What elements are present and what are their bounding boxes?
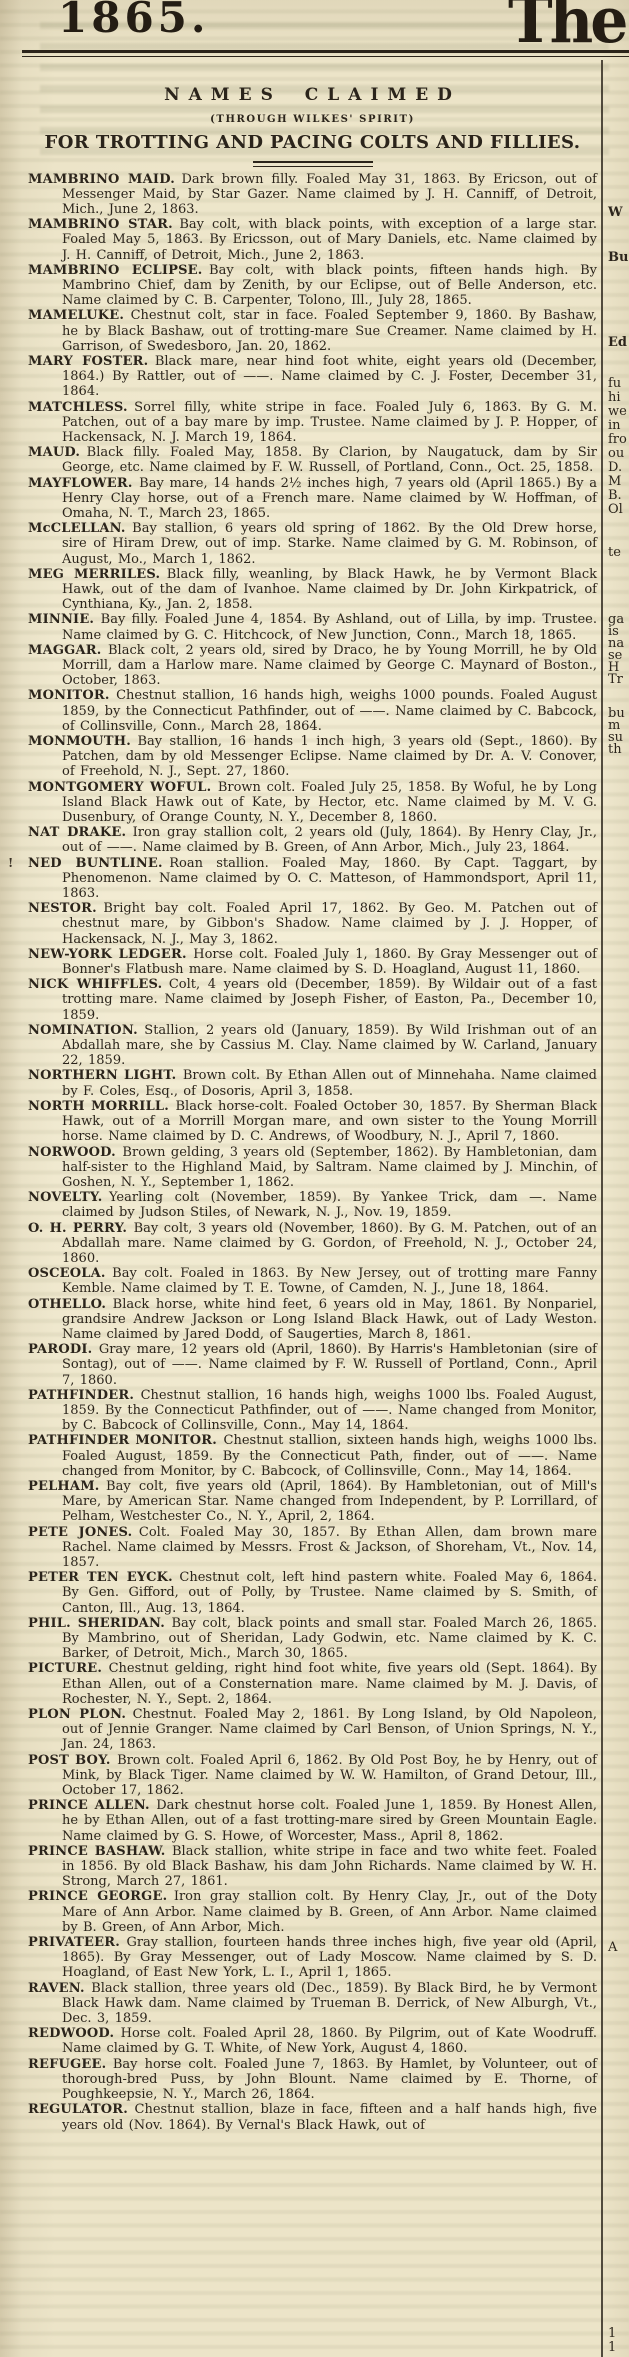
entry-horse-name: MAGGAR. xyxy=(28,643,102,658)
entry-text: Bay colt. Foaled in 1863. By New Jersey,… xyxy=(62,1266,597,1296)
column-fragment: we xyxy=(608,404,627,419)
entry: NORWOOD. Brown gelding, 3 years old (Sep… xyxy=(28,1145,597,1191)
column-fragment: Ol xyxy=(608,502,623,517)
entry-horse-name: PRINCE ALLEN. xyxy=(28,1798,150,1813)
entry-text: Black filly. Foaled May, 1858. By Clario… xyxy=(62,445,597,475)
column-fragment: A xyxy=(608,1940,617,1955)
entry: PELHAM. Bay colt, five years old (April,… xyxy=(28,1479,597,1525)
entry-horse-name: MAYFLOWER. xyxy=(28,476,133,491)
entry-text: Horse colt. Foaled April 28, 1860. By Pi… xyxy=(62,2026,597,2056)
entry-horse-name: NORWOOD. xyxy=(28,1145,116,1160)
entry-horse-name: PETER TEN EYCK. xyxy=(28,1570,173,1585)
entry: POST BOY. Brown colt. Foaled April 6, 18… xyxy=(28,1753,597,1799)
entry: NEW-YORK LEDGER. Horse colt. Foaled July… xyxy=(28,947,597,977)
entry-text: Bay colt, five years old (April, 1864). … xyxy=(62,1479,597,1524)
entry: PARODI. Gray mare, 12 years old (April, … xyxy=(28,1342,597,1388)
entry-horse-name: REFUGEE. xyxy=(28,2057,106,2072)
column-fragment: fro xyxy=(608,432,627,447)
entry: OTHELLO. Black horse, white hind feet, 6… xyxy=(28,1297,597,1343)
newspaper-page: 1865. The A NAMES CLAIMED (THROUGH WILKE… xyxy=(0,0,629,2357)
entry: McCLELLAN. Bay stallion, 6 years old spr… xyxy=(28,521,597,567)
column-fragment: D. xyxy=(608,460,622,475)
entry-horse-name: OTHELLO. xyxy=(28,1297,106,1312)
entry-horse-name: MATCHLESS. xyxy=(28,400,128,415)
entry-text: Black colt, 2 years old, sired by Draco,… xyxy=(62,643,597,688)
entry-horse-name: MONITOR. xyxy=(28,688,110,703)
entry-horse-name: PRINCE GEORGE. xyxy=(28,1889,167,1904)
entry-text: Chestnut gelding, right hind foot white,… xyxy=(62,1661,597,1706)
entry-horse-name: NOVELTY. xyxy=(28,1190,102,1205)
column-fragment: W xyxy=(608,205,623,220)
entry: NORTH MORRILL. Black horse-colt. Foaled … xyxy=(28,1099,597,1145)
entry: O. H. PERRY. Bay colt, 3 years old (Nove… xyxy=(28,1221,597,1267)
entry: RAVEN. Black stallion, three years old (… xyxy=(28,1981,597,2027)
entry: MONMOUTH. Bay stallion, 16 hands 1 inch … xyxy=(28,734,597,780)
entry-text: Black horse, white hind feet, 6 years ol… xyxy=(62,1297,597,1342)
entry: PRINCE BASHAW. Black stallion, white str… xyxy=(28,1844,597,1890)
entry-horse-name: NICK WHIFFLES. xyxy=(28,977,162,992)
entry: PLON PLON. Chestnut. Foaled May 2, 1861.… xyxy=(28,1707,597,1753)
entry-text: Bright bay colt. Foaled April 17, 1862. … xyxy=(62,901,597,946)
entry: NED BUNTLINE. Roan stallion. Foaled May,… xyxy=(28,856,597,902)
entry: OSCEOLA. Bay colt. Foaled in 1863. By Ne… xyxy=(28,1266,597,1296)
column-fragment: te xyxy=(608,545,621,560)
page-year: 1865. xyxy=(58,0,210,42)
entry-horse-name: NEW-YORK LEDGER. xyxy=(28,947,187,962)
entry: MAMBRINO MAID. Dark brown filly. Foaled … xyxy=(28,172,597,218)
entry: NOMINATION. Stallion, 2 years old (Janua… xyxy=(28,1023,597,1069)
entry: NOVELTY. Yearling colt (November, 1859).… xyxy=(28,1190,597,1220)
column-fragment: M xyxy=(608,474,621,489)
entry-horse-name: POST BOY. xyxy=(28,1753,111,1768)
entry: PETE JONES. Colt. Foaled May 30, 1857. B… xyxy=(28,1525,597,1571)
entry-horse-name: REGULATOR. xyxy=(28,2102,128,2117)
entry: MARY FOSTER. Black mare, near hind foot … xyxy=(28,354,597,400)
entry: MAMBRINO ECLIPSE. Bay colt, with black p… xyxy=(28,263,597,309)
entry-horse-name: NED BUNTLINE. xyxy=(28,856,163,871)
entry: PRINCE GEORGE. Iron gray stallion colt. … xyxy=(28,1889,597,1935)
entry: MAGGAR. Black colt, 2 years old, sired b… xyxy=(28,643,597,689)
entry-horse-name: MEG MERRILES. xyxy=(28,567,160,582)
entry: MAUD. Black filly. Foaled May, 1858. By … xyxy=(28,445,597,475)
column-fragment: 1 xyxy=(608,2326,616,2341)
entry-horse-name: MINNIE. xyxy=(28,612,94,627)
column-fragment: ou xyxy=(608,446,624,461)
entry-horse-name: MAMBRINO STAR. xyxy=(28,217,173,232)
entry-horse-name: RAVEN. xyxy=(28,1981,85,1996)
section-subtitle: (THROUGH WILKES' SPIRIT) xyxy=(28,114,597,125)
entry-text: Gray mare, 12 years old (April, 1860). B… xyxy=(62,1342,597,1387)
column-fragment: 1 xyxy=(608,2340,616,2355)
column-fragment: Tr xyxy=(608,672,623,687)
entry-text: Bay stallion, 16 hands 1 inch high, 3 ye… xyxy=(62,734,597,779)
entry: REFUGEE. Bay horse colt. Foaled June 7, … xyxy=(28,2057,597,2103)
entry: PHIL. SHERIDAN. Bay colt, black points a… xyxy=(28,1616,597,1662)
entry-text: Bay colt, 3 years old (November, 1860). … xyxy=(62,1221,597,1266)
entry-text: Chestnut. Foaled May 2, 1861. By Long Is… xyxy=(62,1707,597,1752)
entry-text: Colt. Foaled May 30, 1857. By Ethan Alle… xyxy=(62,1525,597,1570)
entry: PRINCE ALLEN. Dark chestnut horse colt. … xyxy=(28,1798,597,1844)
entry: PATHFINDER. Chestnut stallion, 16 hands … xyxy=(28,1388,597,1434)
entry-text: Brown gelding, 3 years old (September, 1… xyxy=(62,1145,597,1190)
entry-horse-name: MARY FOSTER. xyxy=(28,354,148,369)
entry: MATCHLESS. Sorrel filly, white stripe in… xyxy=(28,400,597,446)
entry-text: Bay filly. Foaled June 4, 1854. By Ashla… xyxy=(62,612,597,642)
entry-horse-name: REDWOOD. xyxy=(28,2026,114,2041)
entry-horse-name: NAT DRAKE. xyxy=(28,825,126,840)
entry: MONTGOMERY WOFUL. Brown colt. Foaled Jul… xyxy=(28,780,597,826)
entry: PRIVATEER. Gray stallion, fourteen hands… xyxy=(28,1935,597,1981)
column-fragment: fu xyxy=(608,376,621,391)
entry-horse-name: PATHFINDER. xyxy=(28,1388,134,1403)
column-fragment: in xyxy=(608,418,621,433)
entry: MAYFLOWER. Bay mare, 14 hands 2½ inches … xyxy=(28,476,597,522)
entry-text: Chestnut stallion, 16 hands high, weighs… xyxy=(62,688,597,733)
entry-text: Gray stallion, fourteen hands three inch… xyxy=(62,1935,597,1980)
entry-horse-name: PETE JONES. xyxy=(28,1525,132,1540)
entry-horse-name: PRINCE BASHAW. xyxy=(28,1844,166,1859)
entry-horse-name: McCLELLAN. xyxy=(28,521,126,536)
entry-horse-name: MAMELUKE. xyxy=(28,308,124,323)
column-divider-rule xyxy=(601,60,603,2357)
entry-text: Brown colt. Foaled April 6, 1862. By Old… xyxy=(62,1753,597,1798)
entry: PICTURE. Chestnut gelding, right hind fo… xyxy=(28,1661,597,1707)
entry-horse-name: MAMBRINO MAID. xyxy=(28,172,175,187)
entry: NICK WHIFFLES. Colt, 4 years old (Decemb… xyxy=(28,977,597,1023)
entry-text: Sorrel filly, white stripe in face. Foal… xyxy=(62,400,597,445)
entry-horse-name: MONTGOMERY WOFUL. xyxy=(28,780,211,795)
entry-horse-name: OSCEOLA. xyxy=(28,1266,106,1281)
entry-horse-name: PELHAM. xyxy=(28,1479,100,1494)
entry-horse-name: PICTURE. xyxy=(28,1661,102,1676)
entry-horse-name: MONMOUTH. xyxy=(28,734,131,749)
entry-text: Chestnut colt, star in face. Foaled Sept… xyxy=(62,308,597,353)
entry: REDWOOD. Horse colt. Foaled April 28, 18… xyxy=(28,2026,597,2056)
entry-horse-name: PRIVATEER. xyxy=(28,1935,120,1950)
entry: MONITOR. Chestnut stallion, 16 hands hig… xyxy=(28,688,597,734)
column-fragment: Ed xyxy=(608,335,627,350)
entry-horse-name: MAUD. xyxy=(28,445,80,460)
entry-horse-name: PLON PLON. xyxy=(28,1707,126,1722)
column-fragment: Bu xyxy=(608,250,628,265)
entry-horse-name: O. H. PERRY. xyxy=(28,1221,127,1236)
entry-text: Yearling colt (November, 1859). By Yanke… xyxy=(62,1190,597,1220)
column-fragment: hi xyxy=(608,390,621,405)
entry-text: Bay stallion, 6 years old spring of 1862… xyxy=(62,521,597,566)
section-title: NAMES CLAIMED xyxy=(28,85,597,105)
entry-horse-name: PARODI. xyxy=(28,1342,92,1357)
entry-horse-name: NORTH MORRILL. xyxy=(28,1099,169,1114)
entry-horse-name: NOMINATION. xyxy=(28,1023,138,1038)
entry-text: Black stallion, three years old (Dec., 1… xyxy=(62,1981,597,2026)
main-column: NAMES CLAIMED (THROUGH WILKES' SPIRIT) F… xyxy=(28,72,597,2133)
entry-text: Chestnut stallion, 16 hands high, weighs… xyxy=(62,1388,597,1433)
margin-mark: ! xyxy=(8,856,13,870)
entry-text: Chestnut stallion, blaze in face, fiftee… xyxy=(62,2102,597,2132)
entry: PATHFINDER MONITOR. Chestnut stallion, s… xyxy=(28,1433,597,1479)
entry: MINNIE. Bay filly. Foaled June 4, 1854. … xyxy=(28,612,597,642)
entry: NAT DRAKE. Iron gray stallion colt, 2 ye… xyxy=(28,825,597,855)
entry-horse-name: PATHFINDER MONITOR. xyxy=(28,1433,217,1448)
entry: MAMBRINO STAR. Bay colt, with black poin… xyxy=(28,217,597,263)
entry-text: Stallion, 2 years old (January, 1859). B… xyxy=(62,1023,597,1068)
entry-text: Bay horse colt. Foaled June 7, 1863. By … xyxy=(62,2057,597,2102)
entry: REGULATOR. Chestnut stallion, blaze in f… xyxy=(28,2102,597,2132)
entry-text: Iron gray stallion colt, 2 years old (Ju… xyxy=(62,825,597,855)
entry-horse-name: NORTHERN LIGHT. xyxy=(28,1068,176,1083)
top-double-rule xyxy=(22,50,629,57)
entry: PETER TEN EYCK. Chestnut colt, left hind… xyxy=(28,1570,597,1616)
entry: NESTOR. Bright bay colt. Foaled April 17… xyxy=(28,901,597,947)
column-fragment: th xyxy=(608,742,622,757)
entry-horse-name: NESTOR. xyxy=(28,901,97,916)
entry-horse-name: PHIL. SHERIDAN. xyxy=(28,1616,165,1631)
entry: MAMELUKE. Chestnut colt, star in face. F… xyxy=(28,308,597,354)
column-fragment: B. xyxy=(608,488,622,503)
section-subheading: FOR TROTTING AND PACING COLTS AND FILLIE… xyxy=(28,132,597,153)
entry-horse-name: MAMBRINO ECLIPSE. xyxy=(28,263,203,278)
entry-text: Bay mare, 14 hands 2½ inches high, 7 yea… xyxy=(62,476,597,521)
entries-list: MAMBRINO MAID. Dark brown filly. Foaled … xyxy=(28,172,597,2133)
header-divider-rule xyxy=(253,161,373,167)
entry: MEG MERRILES. Black filly, weanling, by … xyxy=(28,567,597,613)
entry: NORTHERN LIGHT. Brown colt. By Ethan All… xyxy=(28,1068,597,1098)
